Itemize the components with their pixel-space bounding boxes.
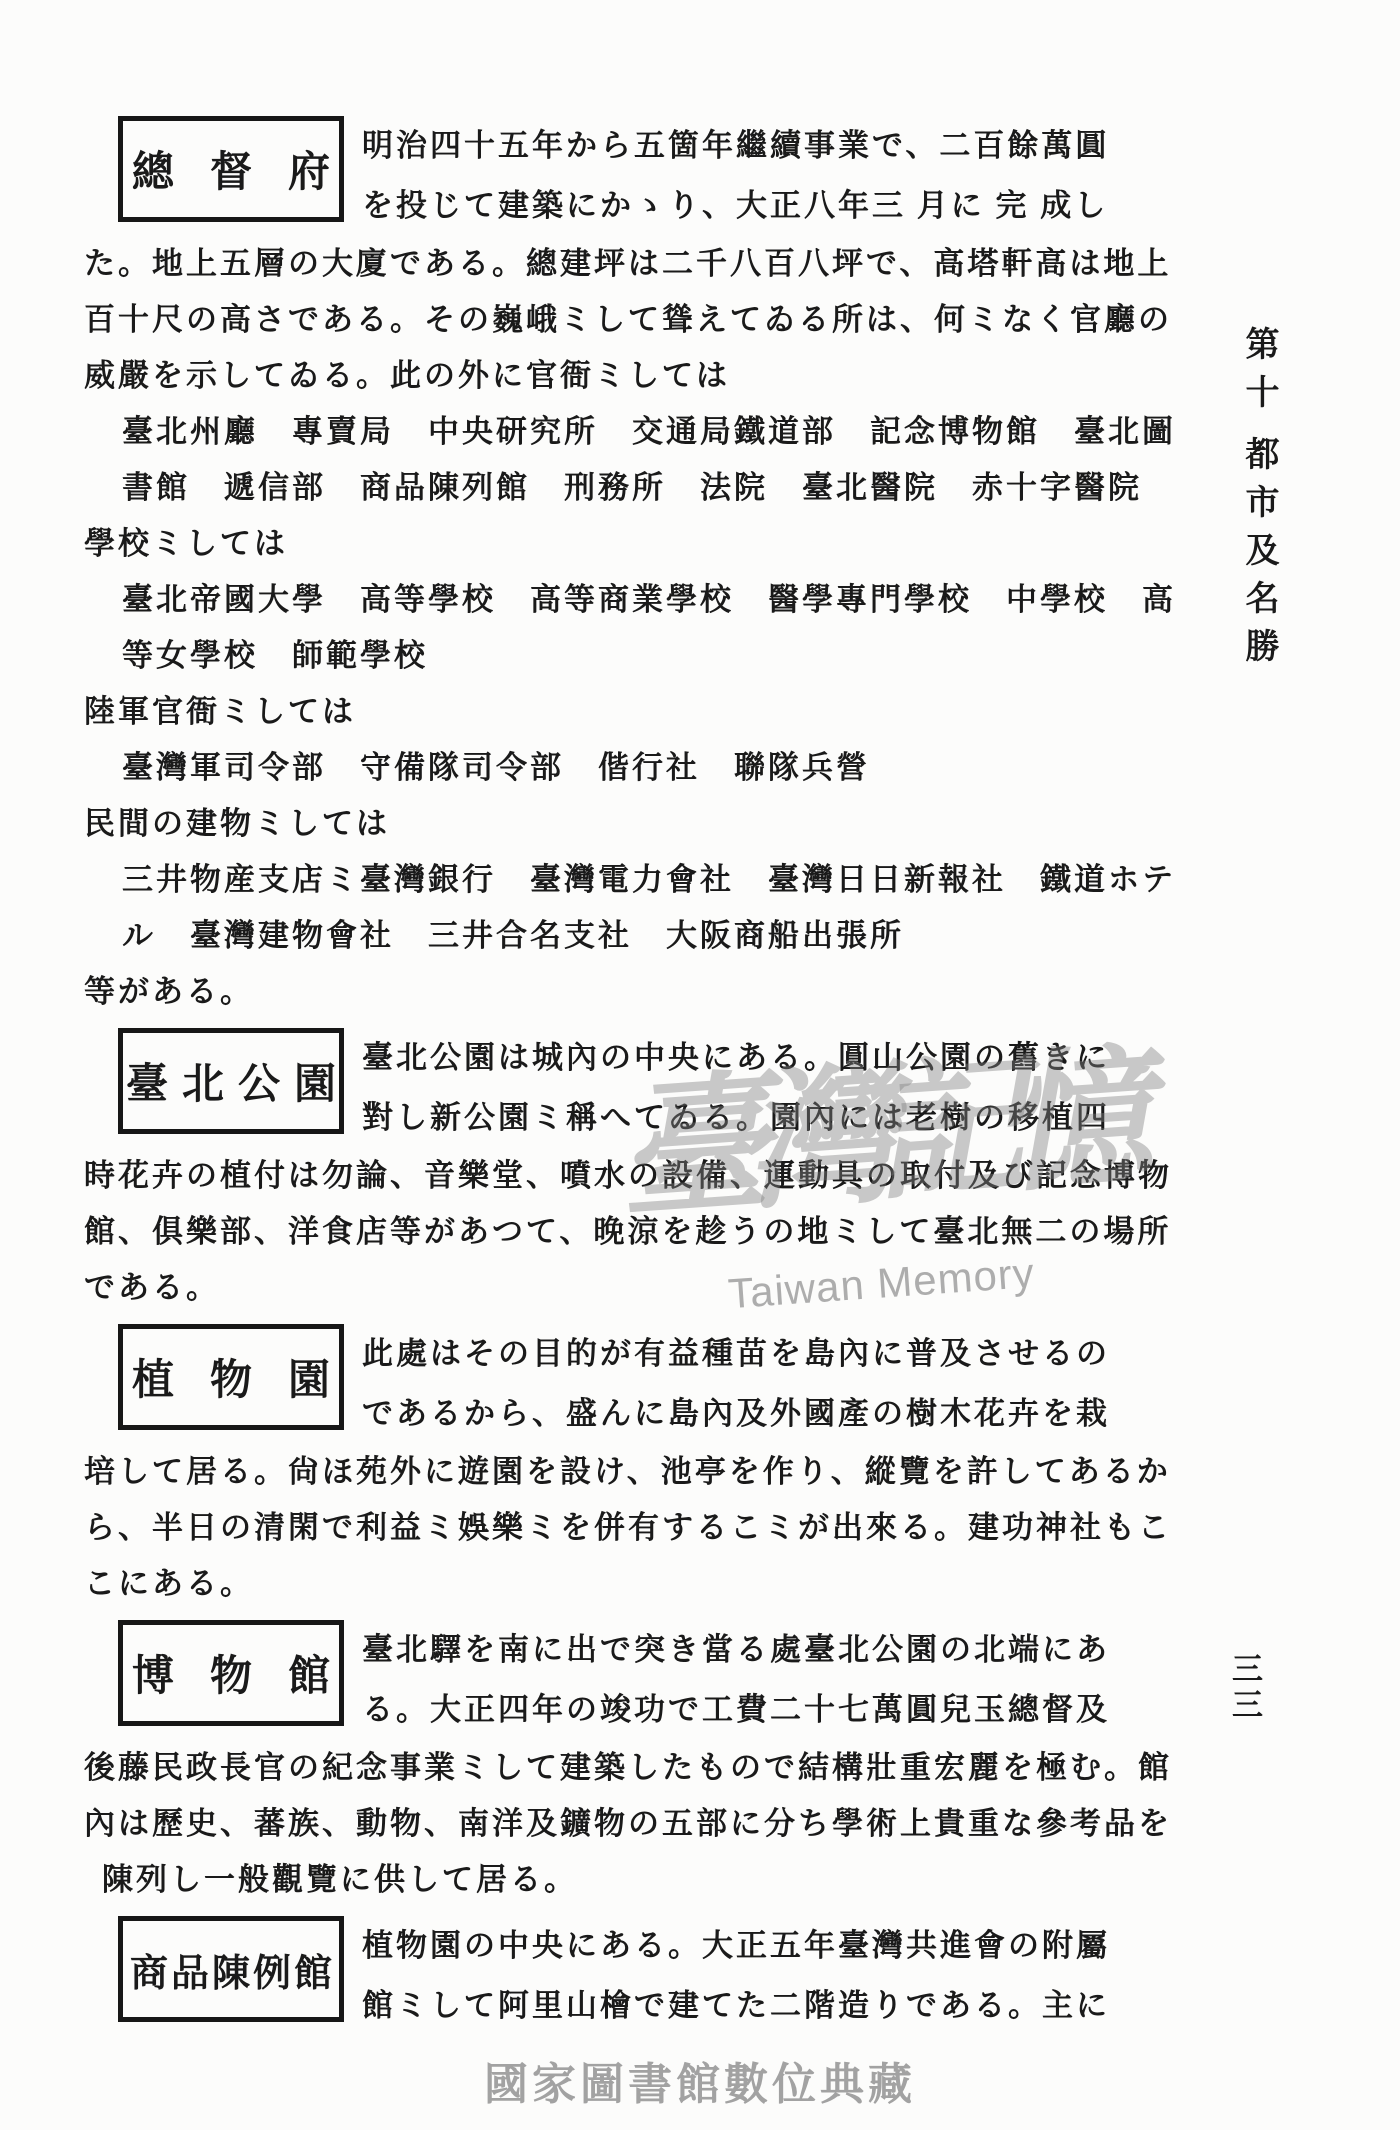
text-line: 時花卉の植付は勿論、音樂堂、噴水の設備、運動具の取付及び記念博物 bbox=[84, 1144, 1162, 1200]
text-line: る。大正四年の竣功で工費二十七萬圓兒玉總督及 bbox=[362, 1676, 1162, 1736]
text-line: 明治四十五年から五箇年繼續事業で、二百餘萬圓 bbox=[362, 112, 1162, 172]
text-line: 對し新公園ミ稱へてゐる。園內には老樹の移植四 bbox=[362, 1084, 1162, 1144]
section-head: 總督府 明治四十五年から五箇年繼續事業で、二百餘萬圓 を投じて建築にかゝり、大正… bbox=[84, 112, 1162, 232]
text-line: 等がある。 bbox=[84, 960, 1162, 1016]
text-line: 臺北公園は城內の中央にある。圓山公園の舊きに bbox=[362, 1024, 1162, 1084]
section-title: 臺北公園 bbox=[126, 1051, 350, 1111]
text-line: 館、俱樂部、洋食店等があつて、晚涼を趁うの地ミして臺北無二の場所 bbox=[84, 1200, 1162, 1256]
section-head: 臺北公園 臺北公園は城內の中央にある。圓山公園の舊きに 對し新公園ミ稱へてゐる。… bbox=[84, 1024, 1162, 1144]
section-head: 博物館 臺北驛を南に出で突き當る處臺北公園の北端にあ る。大正四年の竣功で工費二… bbox=[84, 1616, 1162, 1736]
section-governor-general-office: 總督府 明治四十五年から五箇年繼續事業で、二百餘萬圓 を投じて建築にかゝり、大正… bbox=[84, 112, 1162, 1016]
title-box: 臺北公園 bbox=[118, 1028, 344, 1134]
text-line: である。 bbox=[84, 1256, 1162, 1312]
section-head: 植物園 此處はその目的が有益種苗を島內に普及させるの であるから、盛んに島內及外… bbox=[84, 1320, 1162, 1440]
text-line: 學校ミしては bbox=[84, 512, 1162, 568]
section-botanical-garden: 植物園 此處はその目的が有益種苗を島內に普及させるの であるから、盛んに島內及外… bbox=[84, 1320, 1162, 1608]
text-line: 百十尺の高さである。その巍峨ミして聳えてゐる所は、何ミなく官廳の bbox=[84, 288, 1162, 344]
footer-watermark: 國家圖書館數位典藏 bbox=[0, 2048, 1400, 2112]
intro-lines: 明治四十五年から五箇年繼續事業で、二百餘萬圓 を投じて建築にかゝり、大正八年三 … bbox=[362, 112, 1162, 232]
content-column: 總督府 明治四十五年から五箇年繼續事業で、二百餘萬圓 を投じて建築にかゝり、大正… bbox=[84, 112, 1162, 2040]
text-line: 等女學校 師範學校 bbox=[84, 624, 1162, 680]
text-line: た。地上五層の大廈である。總建坪は二千八百八坪で、高塔軒高は地上 bbox=[84, 232, 1162, 288]
margin-chapter-title: 都市及名勝 bbox=[1234, 436, 1283, 676]
title-box: 總督府 bbox=[118, 116, 344, 222]
text-line: こにある。 bbox=[84, 1552, 1162, 1608]
text-line: 內は歷史、蕃族、動物、南洋及鑛物の五部に分ち學術上貴重な參考品を bbox=[84, 1792, 1162, 1848]
text-line: 民間の建物ミしては bbox=[84, 792, 1162, 848]
text-line: を投じて建築にかゝり、大正八年三 月に 完 成し bbox=[362, 172, 1162, 232]
section-title: 博物館 bbox=[132, 1643, 366, 1703]
text-line: 威嚴を示してゐる。此の外に官衙ミしては bbox=[84, 344, 1162, 400]
title-box: 植物園 bbox=[118, 1324, 344, 1430]
text-line: 此處はその目的が有益種苗を島內に普及させるの bbox=[362, 1320, 1162, 1380]
section-commercial-exhibition-hall: 商品陳例館 植物園の中央にある。大正五年臺灣共進會の附屬 館ミして阿里山檜で建て… bbox=[84, 1912, 1162, 2032]
title-box: 博物館 bbox=[118, 1620, 344, 1726]
text-line: 書館 遞信部 商品陳列館 刑務所 法院 臺北醫院 赤十字醫院 bbox=[84, 456, 1162, 512]
section-museum: 博物館 臺北驛を南に出で突き當る處臺北公園の北端にあ る。大正四年の竣功で工費二… bbox=[84, 1616, 1162, 1904]
text-line: 陳列し一般觀覽に供して居る。 bbox=[84, 1848, 1162, 1904]
intro-lines: 臺北驛を南に出で突き當る處臺北公園の北端にあ る。大正四年の竣功で工費二十七萬圓… bbox=[362, 1616, 1162, 1736]
text-line: ル 臺灣建物會社 三井合名支社 大阪商船出張所 bbox=[84, 904, 1162, 960]
intro-lines: 此處はその目的が有益種苗を島內に普及させるの であるから、盛んに島內及外國產の樹… bbox=[362, 1320, 1162, 1440]
text-line: であるから、盛んに島內及外國產の樹木花卉を栽 bbox=[362, 1380, 1162, 1440]
text-line: ら、半日の清閑で利益ミ娛樂ミを併有するこミが出來る。建功神社もこ bbox=[84, 1496, 1162, 1552]
section-title: 植物園 bbox=[132, 1347, 366, 1407]
title-box: 商品陳例館 bbox=[118, 1916, 344, 2022]
intro-lines: 植物園の中央にある。大正五年臺灣共進會の附屬 館ミして阿里山檜で建てた二階造りで… bbox=[362, 1912, 1162, 2032]
text-line: 培して居る。尙ほ苑外に遊園を設け、池亭を作り、縱覽を許してあるか bbox=[84, 1440, 1162, 1496]
section-head: 商品陳例館 植物園の中央にある。大正五年臺灣共進會の附屬 館ミして阿里山檜で建て… bbox=[84, 1912, 1162, 2032]
text-line: 臺北州廳 專賣局 中央研究所 交通局鐵道部 記念博物館 臺北圖 bbox=[84, 400, 1162, 456]
section-title: 總督府 bbox=[132, 139, 366, 199]
text-line: 臺灣軍司令部 守備隊司令部 偕行社 聯隊兵營 bbox=[84, 736, 1162, 792]
text-line: 館ミして阿里山檜で建てた二階造りである。主に bbox=[362, 1972, 1162, 2032]
text-line: 植物園の中央にある。大正五年臺灣共進會の附屬 bbox=[362, 1912, 1162, 1972]
text-line: 臺北帝國大學 高等學校 高等商業學校 醫學專門學校 中學校 高 bbox=[84, 568, 1162, 624]
text-line: 後藤民政長官の紀念事業ミして建築したもので結構壯重宏麗を極む。館 bbox=[84, 1736, 1162, 1792]
page-number: 三三 bbox=[1222, 1652, 1267, 1724]
section-taipei-park: 臺北公園 臺北公園は城內の中央にある。圓山公園の舊きに 對し新公園ミ稱へてゐる。… bbox=[84, 1024, 1162, 1312]
text-line: 臺北驛を南に出で突き當る處臺北公園の北端にあ bbox=[362, 1616, 1162, 1676]
section-title: 商品陳例館 bbox=[130, 1942, 335, 1997]
text-line: 三井物産支店ミ臺灣銀行 臺灣電力會社 臺灣日日新報社 鐵道ホテ bbox=[84, 848, 1162, 904]
intro-lines: 臺北公園は城內の中央にある。圓山公園の舊きに 對し新公園ミ稱へてゐる。園內には老… bbox=[362, 1024, 1162, 1144]
text-line: 陸軍官衙ミしては bbox=[84, 680, 1162, 736]
scanned-book-page: 總督府 明治四十五年から五箇年繼續事業で、二百餘萬圓 を投じて建築にかゝり、大正… bbox=[0, 0, 1400, 2130]
